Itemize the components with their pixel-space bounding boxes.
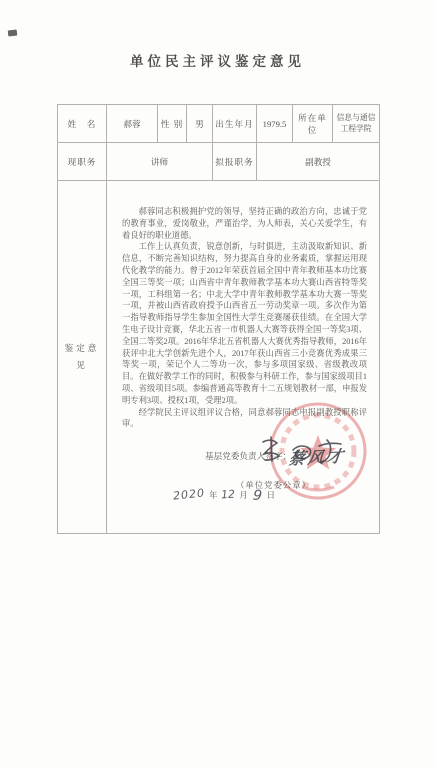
date-day-unit: 日	[267, 491, 275, 500]
current-position-label: 现职务	[58, 143, 107, 181]
signature-label: 基层党委负责人签字：	[205, 451, 291, 461]
date-year-unit: 年	[209, 491, 217, 500]
proposed-position-value: 副教授	[257, 143, 380, 181]
party-leader-signature-row: 基层党委负责人签字：蔡风才	[205, 445, 346, 468]
gender-label: 性 别	[158, 105, 187, 143]
unit-label: 所在单位	[293, 105, 333, 143]
name-label: 姓 名	[58, 105, 107, 143]
opinion-content-cell: 郝蓉同志积极拥护党的领导，坚持正确的政治方向，忠诚于党的教育事业，爱岗敬业，严谨…	[107, 181, 380, 534]
date-month-handwritten: 12	[221, 488, 236, 502]
opinion-paragraph: 工作上认真负责，锐意创新，与时俱进，主动汲取新知识、新信息，不断完善知识结构，努…	[122, 241, 367, 406]
birth-date-label: 出生年月	[213, 105, 257, 143]
opinion-section-label: 鉴定意见	[58, 181, 107, 534]
proposed-position-label: 拟报职务	[213, 143, 257, 181]
gender-value: 男	[187, 105, 213, 143]
opinion-paragraph: 郝蓉同志积极拥护党的领导，坚持正确的政治方向，忠诚于党的教育事业，爱岗敬业，严谨…	[122, 206, 367, 241]
table-row: 现职务 讲师 拟报职务 副教授	[58, 143, 380, 181]
opinion-paragraph: 经学院民主评议组评议合格，同意郝蓉同志申报副教授职称评审。	[122, 407, 367, 431]
table-row: 鉴定意见 郝蓉同志积极拥护党的领导，坚持正确的政治方向，忠诚于党的教育事业，爱岗…	[58, 181, 380, 534]
birth-date-value: 1979.5	[257, 105, 293, 143]
name-value: 郝蓉	[107, 105, 158, 143]
date-year-handwritten: 2020	[172, 486, 205, 502]
opinion-text-block: 郝蓉同志积极拥护党的领导，坚持正确的政治方向，忠诚于党的教育事业，爱岗敬业，严谨…	[109, 182, 377, 430]
signature-name-handwritten: 蔡风才	[288, 443, 348, 469]
scanned-document-page: 单位民主评议鉴定意见 姓 名 郝蓉 性 别 男 出生年月 1979.5 所在单位…	[0, 0, 435, 768]
appraisal-table: 姓 名 郝蓉 性 别 男 出生年月 1979.5 所在单位 信息与通信工程学院 …	[57, 104, 380, 534]
table-row: 姓 名 郝蓉 性 别 男 出生年月 1979.5 所在单位 信息与通信工程学院	[58, 105, 380, 143]
opinion-content: 郝蓉同志积极拥护党的领导，坚持正确的政治方向，忠诚于党的教育事业，爱岗敬业，严谨…	[109, 182, 377, 532]
current-position-value: 讲师	[107, 143, 213, 181]
scan-artifact-mark	[8, 30, 18, 37]
page-title: 单位民主评议鉴定意见	[0, 50, 435, 70]
date-day-handwritten: 9	[252, 488, 263, 505]
date-row: 2020年12月9日	[173, 488, 277, 504]
date-month-unit: 月	[239, 491, 247, 500]
unit-value: 信息与通信工程学院	[333, 105, 380, 143]
